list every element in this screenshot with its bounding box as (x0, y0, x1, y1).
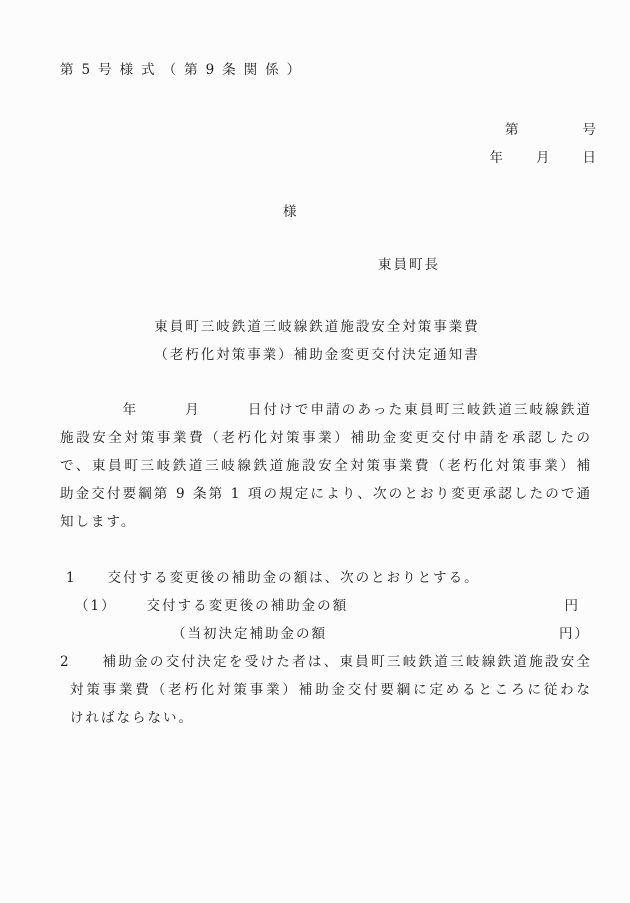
item-1-sub-text: 交付する変更後の補助金の額 (147, 598, 349, 614)
body-line: 助金交付要綱第 9 条第 1 項の規定により、次のとおり変更承認したので通 (60, 480, 592, 508)
body-line: で、東員町三岐鉄道三岐線鉄道施設安全対策事業費（老朽化対策事業）補 (60, 452, 592, 480)
doc-number-line: 第 号 (60, 116, 598, 144)
sender-name: 東員町長 (60, 251, 598, 279)
item-2-line: 対策事業費（老朽化対策事業）補助金交付要綱に定めるところに従わな (60, 676, 592, 704)
document-page: 第5号様式（第9条関係） 第 号 年 月 日 様 東員町長 東員町三岐鉄道三岐線… (0, 0, 630, 903)
item-1-initial-row: （当初決定補助金の額 円） (60, 620, 598, 648)
item-2-line: ければならない。 (60, 704, 592, 732)
date-line: 年 月 日 (60, 144, 598, 172)
item-1-sub-label: （1） (75, 598, 117, 614)
item-1-sub-unit: 円 (565, 592, 581, 620)
addressee-honorific: 様 (60, 198, 598, 226)
form-number-label: 第5号様式（第9条関係） (60, 56, 598, 84)
item-1-sub-row: （1）交付する変更後の補助金の額 円 (60, 592, 598, 620)
body-paragraph: 年 月 日付けで申請のあった東員町三岐鉄道三岐線鉄道 施設安全対策事業費（老朽化… (60, 396, 592, 536)
items-section: 1 交付する変更後の補助金の額は、次のとおりとする。 （1）交付する変更後の補助… (60, 564, 598, 732)
document-title-line2: （老朽化対策事業）補助金変更交付決定通知書 (60, 341, 574, 369)
document-title-line1: 東員町三岐鉄道三岐線鉄道施設安全対策事業費 (60, 313, 574, 341)
item-1-heading: 1 交付する変更後の補助金の額は、次のとおりとする。 (60, 564, 598, 592)
item-2-line: 2 補助金の交付決定を受けた者は、東員町三岐鉄道三岐線鉄道施設安全 (60, 648, 592, 676)
body-line: 年 月 日付けで申請のあった東員町三岐鉄道三岐線鉄道 (60, 396, 592, 424)
item-1-sub-left: （1）交付する変更後の補助金の額 (75, 592, 348, 620)
body-line: 知します。 (60, 508, 592, 536)
item-1-initial-unit: 円） (559, 620, 590, 648)
body-line: 施設安全対策事業費（老朽化対策事業）補助金変更交付申請を承認したの (60, 424, 592, 452)
item-1-initial-text: （当初決定補助金の額 (172, 620, 327, 648)
